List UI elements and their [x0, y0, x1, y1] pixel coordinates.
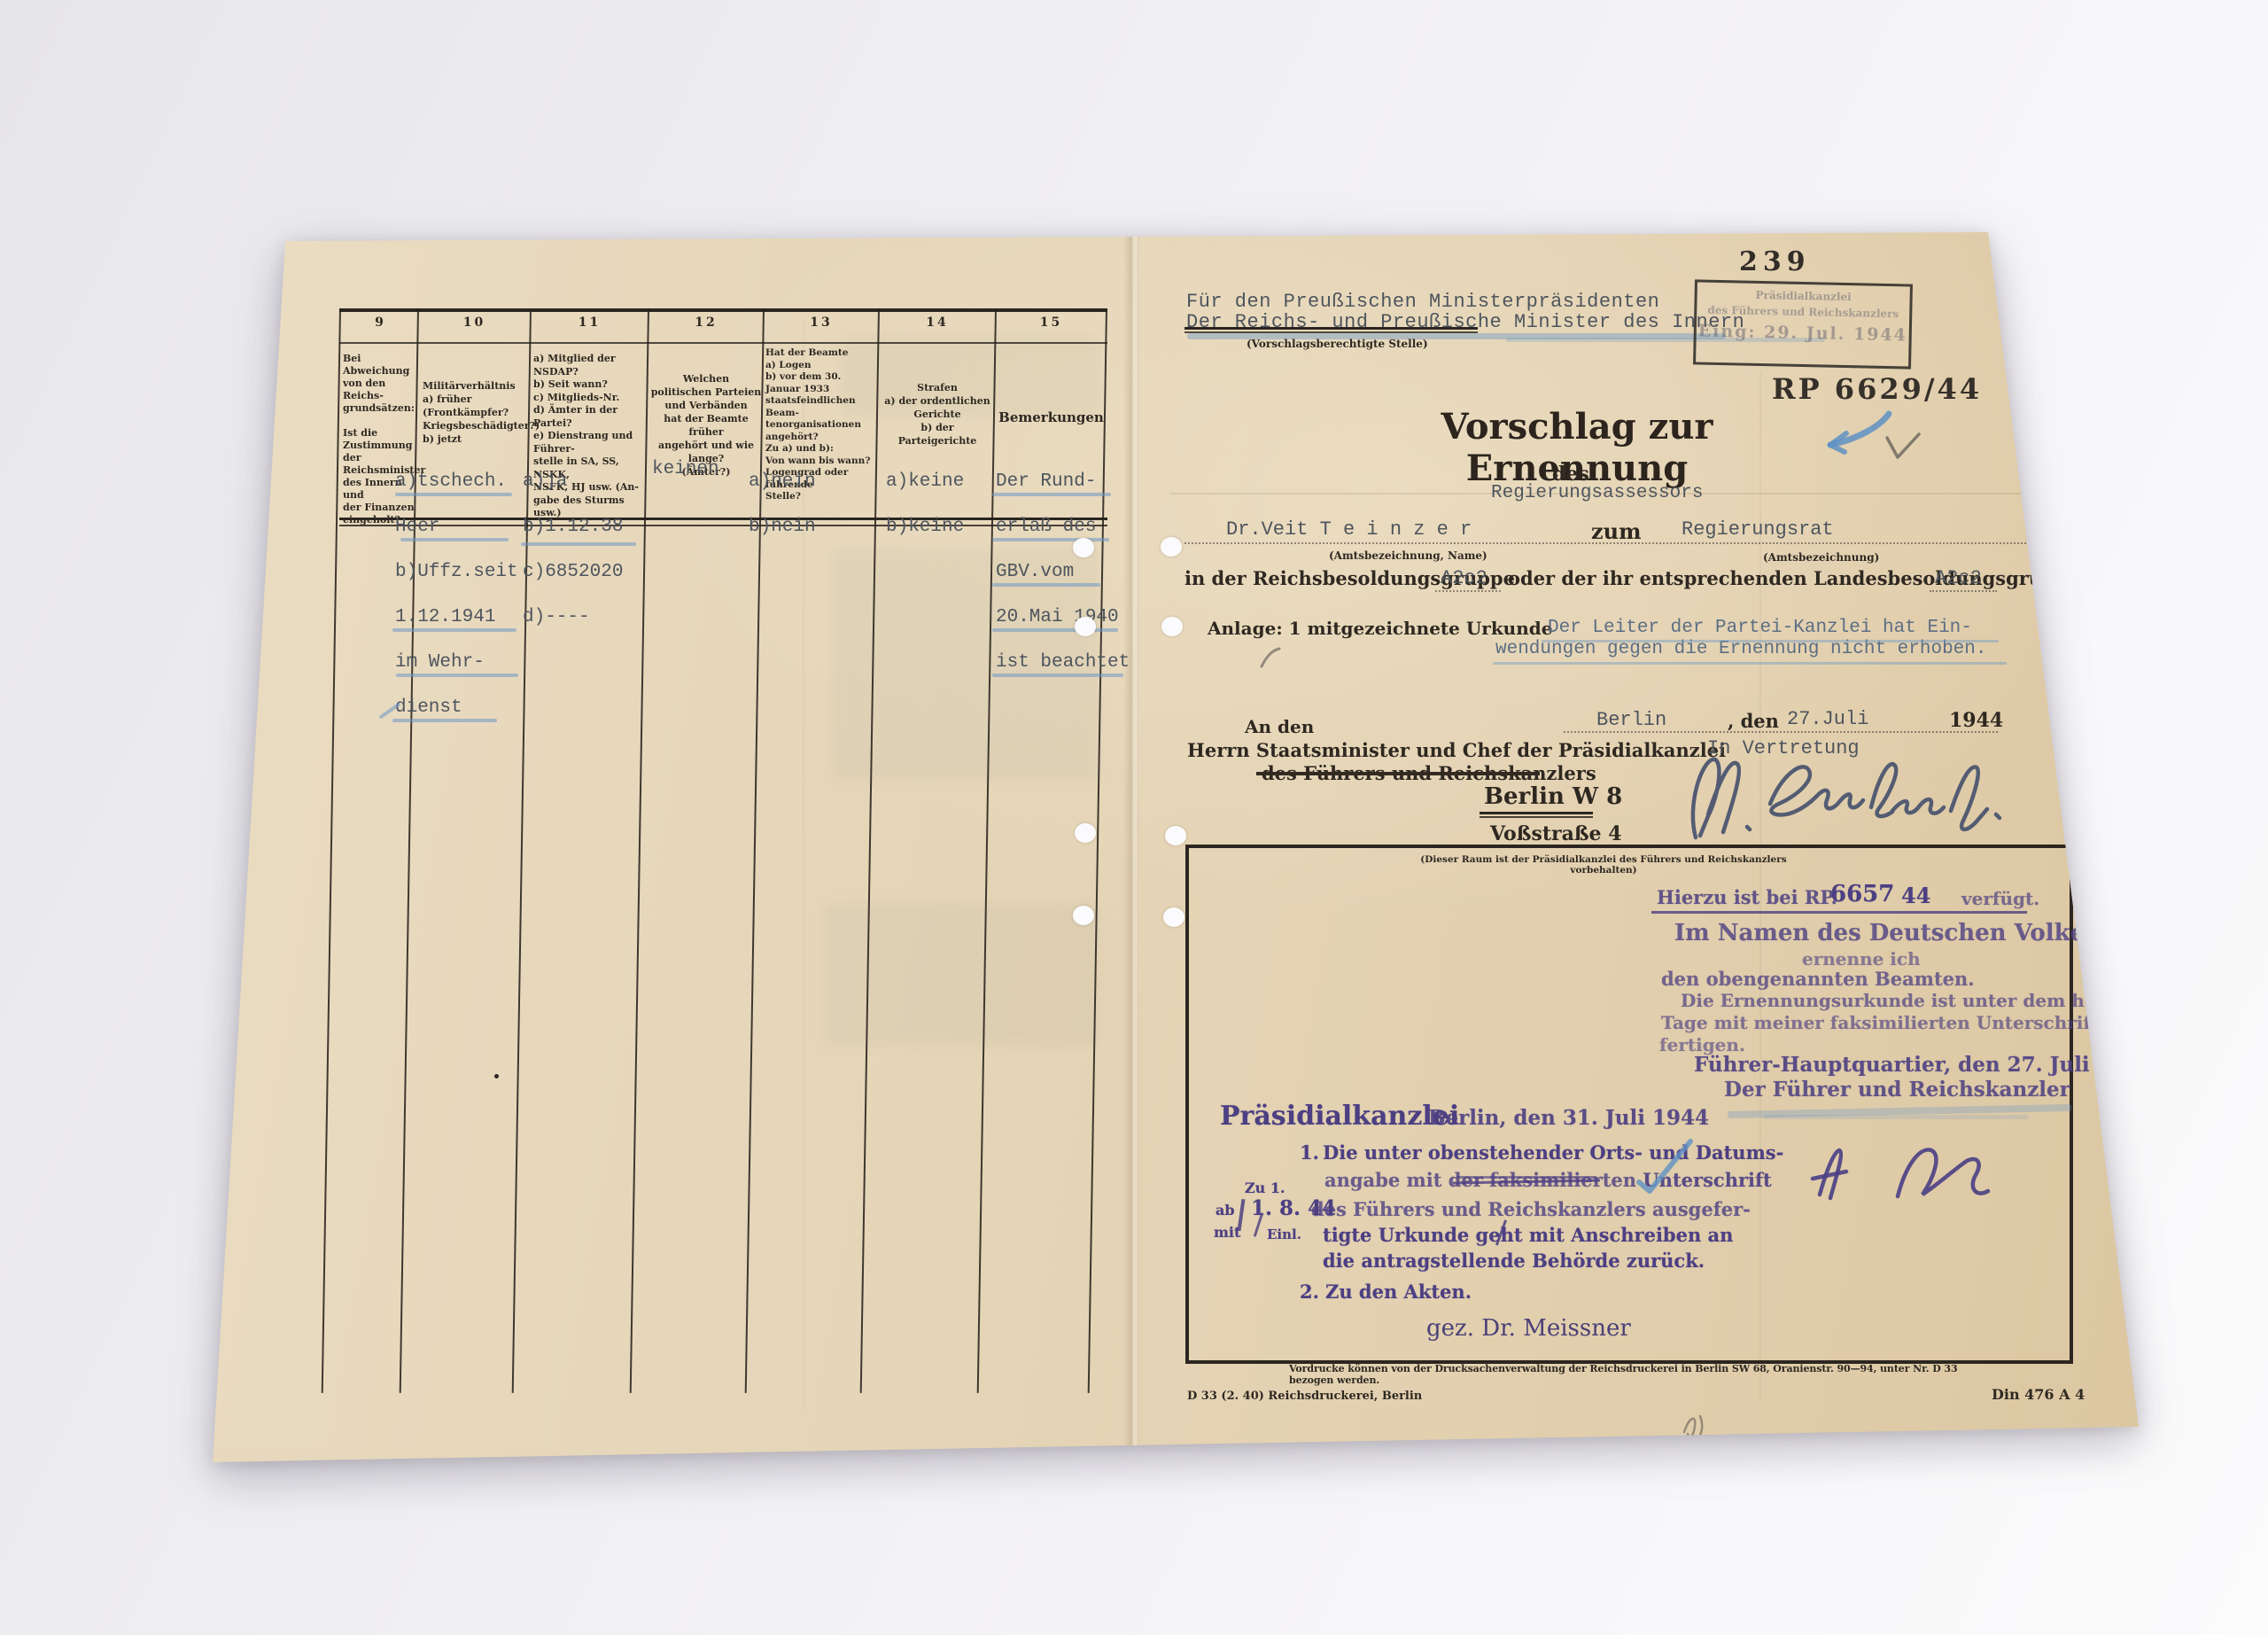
table-column-line: [977, 308, 997, 1393]
verfuegt-year: 44: [1901, 883, 1930, 908]
column-number-13: 13: [765, 315, 878, 330]
punch-hole: [1161, 617, 1183, 636]
column-number-14: 14: [880, 315, 995, 330]
stuckart-signature: [1683, 749, 2011, 851]
table-header-military: Militärverhältnis a) früher (Frontkämpfe…: [423, 379, 529, 446]
salary-group2-rule: [1930, 572, 1997, 592]
table-column-line: [322, 308, 341, 1393]
blue-underline: [992, 583, 1100, 587]
blue-underline: [992, 493, 1111, 496]
item2-text: Zu den Akten.: [1325, 1281, 1472, 1303]
receipt-stamp-line1: Präsidialkanzlei: [1697, 287, 1910, 304]
role-current: Regierungsassessors: [1491, 483, 1703, 503]
verfuegt-prefix: Hierzu ist bei RP.: [1657, 886, 1837, 908]
footer-note: Vordrucke können von der Drucksachenverw…: [1289, 1363, 1989, 1386]
hq-line: Führer-Hauptquartier, den 27. Juli 1944: [1694, 1053, 2154, 1077]
punch-hole: [1161, 537, 1182, 557]
item1-line5: die antragstellende Behörde zurück.: [1323, 1250, 1705, 1272]
pencil-tick: [1258, 647, 1285, 673]
pencil-check: [1884, 432, 1928, 464]
faksimilierten-strike2: [1456, 1176, 1596, 1179]
din-label: Din 476 A 4: [1992, 1386, 2085, 1403]
photo-of-document: 9 10 11 12 13 14 15 Bei Abweichung von d…: [0, 0, 2268, 1635]
beamten-line: den obengenannten Beamten.: [1661, 968, 1975, 990]
item1-line2a: angabe mit der: [1324, 1169, 1489, 1191]
ink-dot: [494, 1074, 499, 1078]
sender-rule-a: [1184, 327, 1478, 330]
column-number-10: 10: [419, 315, 530, 330]
sender-line2: Der Reichs- und Preußische Minister des …: [1186, 311, 1744, 333]
punch-hole: [1073, 906, 1094, 925]
page-number: 239: [1739, 246, 1811, 277]
blue-underline-note2: [1493, 662, 2007, 665]
punch-hole: [1075, 617, 1096, 636]
margin-date: 1. 8. 44: [1251, 1196, 1336, 1220]
date-row-rule: [1564, 713, 1998, 733]
column-number-9: 9: [341, 315, 417, 330]
item1-line3: des Führers und Reichskanzlers ausgefer-: [1311, 1198, 1751, 1220]
table-number-rule: [339, 342, 1107, 344]
address-street: Voßstraße 4: [1490, 822, 1622, 845]
blue-underline: [521, 542, 636, 546]
blue-check: [1635, 1136, 1705, 1198]
pencil-mark: [1679, 1407, 1714, 1443]
city-underline-b: [1480, 816, 1593, 818]
box-caption: (Dieser Raum ist der Präsidialkanzlei de…: [1417, 854, 1790, 876]
purple-initials: [1807, 1141, 2002, 1212]
pk-date: Berlin, den 31. Juli 1944: [1428, 1106, 1709, 1130]
urkunde-line2: Tage mit meiner faksimilierten Unterschr…: [1661, 1012, 2170, 1033]
im-namen-line: Im Namen des Deutschen Volkes: [1674, 920, 2098, 946]
punch-hole: [1163, 907, 1184, 927]
table-header-penalties: Strafen a) der ordentlichen Gerichte b) …: [882, 381, 993, 448]
sender-line1: Für den Preußischen Ministerpräsidenten: [1186, 291, 1659, 313]
address-city: Berlin W 8: [1484, 783, 1622, 810]
item2-number: 2.: [1300, 1281, 1319, 1303]
paper-shadow: 9 10 11 12 13 14 15 Bei Abweichung von d…: [0, 0, 2268, 1635]
column-number-12: 12: [649, 315, 763, 330]
blue-underline: [395, 493, 512, 496]
entry-nsdap: a)ja b)1.12.38 c)6852020 d)----: [523, 459, 623, 640]
city-underline-a: [1480, 812, 1593, 814]
salary-group1-rule: [1435, 572, 1501, 592]
caption-name: (Amtsbezeichnung, Name): [1329, 549, 1487, 562]
blue-underline: [992, 673, 1123, 677]
column-number-11: 11: [532, 315, 648, 330]
punch-hole: [1075, 823, 1096, 843]
blue-underline: [396, 673, 518, 677]
name-row-dotted-rule: [1184, 523, 2079, 544]
fuehrer-line: Der Führer und Reichskanzler: [1724, 1078, 2070, 1102]
item1-line1: Die unter obenstehender Orts- und Datums…: [1323, 1141, 1783, 1164]
verfuegt-suffix: verfügt.: [1961, 888, 2039, 909]
entry-military: a)tschech. Heer b)Uffz.seit 1.12.1941 im…: [395, 459, 518, 730]
item1-number: 1.: [1300, 1141, 1319, 1164]
punch-hole: [1073, 538, 1094, 557]
blue-underline: [392, 719, 497, 722]
blue-underline: [392, 628, 517, 632]
document-paper: 9 10 11 12 13 14 15 Bei Abweichung von d…: [0, 0, 2268, 1635]
receipt-stamp-box: Präsidialkanzlei des Führers und Reichsk…: [1693, 279, 1913, 369]
entry-lodges: a)nein b)nein: [749, 459, 816, 549]
blue-underline: [992, 628, 1118, 632]
verfuegt-underline: [1651, 911, 2027, 914]
table-header-remarks: Bemerkungen: [997, 409, 1106, 425]
address-an: An den: [1245, 716, 1314, 737]
address-strike: [1256, 772, 1540, 775]
margin-zu: Zu 1.: [1245, 1180, 1285, 1196]
pk-name: Präsidialkanzlei: [1220, 1101, 1459, 1132]
anlage-label: Anlage: 1 mitgezeichnete Urkunde: [1208, 618, 1552, 639]
fold-line: [1138, 232, 1139, 1464]
blue-underline: [400, 538, 509, 541]
entry-parties: keinen: [652, 459, 719, 479]
column-number-15: 15: [997, 315, 1106, 330]
blue-underline-note1: [1542, 640, 1999, 642]
form-code: D 33 (2. 40) Reichsdruckerei, Berlin: [1187, 1390, 1422, 1403]
receipt-stamp-line2: des Führers und Reichskanzlers: [1697, 303, 1909, 320]
entry-penalties: a)keine b)keine: [886, 459, 964, 549]
item1-line4: tigte Urkunde geht mit Anschreiben an: [1323, 1224, 1733, 1246]
sender-caption: (Vorschlagsberechtigte Stelle): [1247, 338, 1428, 350]
gez-meissner: gez. Dr. Meissner: [1426, 1315, 1631, 1342]
margin-einl: Einl.: [1267, 1226, 1301, 1242]
bleedthrough-smudge: [824, 904, 1099, 1046]
table-top-rule: [339, 308, 1107, 312]
verfuegt-number: 6657: [1830, 881, 1894, 907]
address-line1: Herrn Staatsminister und Chef der Präsid…: [1187, 739, 1726, 761]
party-note-line1: Der Leiter der Partei-Kanzlei hat Ein-: [1548, 618, 1972, 638]
urkunde-line1: Die Ernennungsurkunde ist unter dem heut…: [1681, 990, 2160, 1011]
caption-role: (Amtsbezeichnung): [1763, 551, 1879, 564]
margin-mit: mit: [1214, 1224, 1240, 1241]
blue-stroke-bottom-faint: [1763, 1115, 2029, 1119]
ernenne-line: ernenne ich: [1802, 948, 1921, 969]
receipt-stamp-line3: Eing: 29. Jul. 1944: [1697, 321, 1909, 345]
margin-ab: ab: [1216, 1202, 1235, 1218]
reference-number: RP 6629/44: [1772, 372, 1982, 406]
punch-hole: [1165, 826, 1186, 845]
